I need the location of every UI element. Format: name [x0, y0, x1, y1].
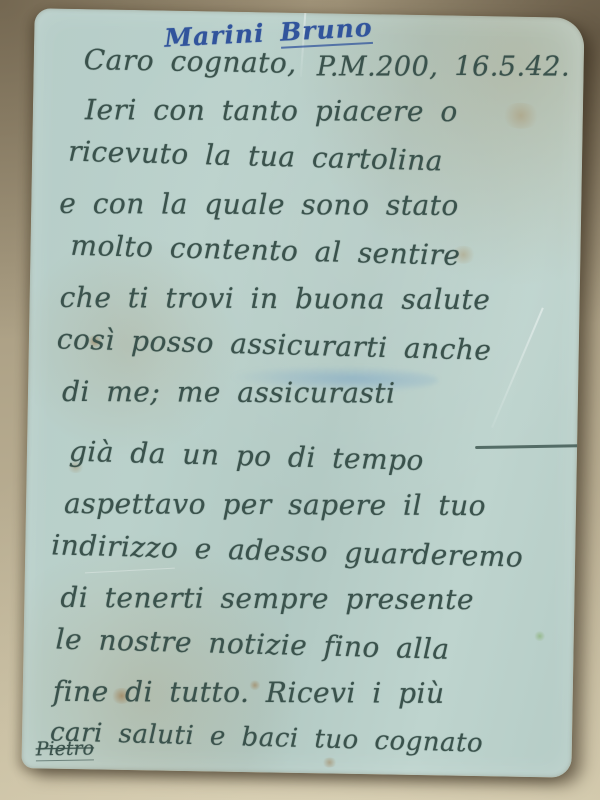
handwritten-line: ricevuto la tua cartolina: [68, 128, 583, 188]
signature: Pietro: [36, 737, 95, 761]
handwritten-line: Ieri con tanto piacere o: [85, 86, 583, 136]
handwritten-line: e con la quale sono stato: [59, 180, 581, 230]
handwritten-line: di tenerti sempre presente: [60, 574, 574, 624]
handwritten-line: fine di tutto. Ricevi i più: [53, 668, 573, 718]
handwritten-line: indirizzo e adesso guarderemo: [51, 521, 576, 582]
handwritten-line: aspettavo per sapere il tuo: [64, 480, 576, 530]
handwritten-line: che ti trovi in buona salute: [60, 274, 580, 324]
photo-background: Marini Bruno Caro cognato, P.M.200, 16.5…: [0, 0, 600, 800]
handwritten-line: molto contento al sentire: [70, 222, 581, 282]
salutation: Caro cognato,: [83, 43, 297, 80]
handwritten-line: di me; me assicurasti: [62, 368, 578, 418]
annotation-second-name: Bruno: [279, 13, 373, 49]
handwritten-line: già da un po di tempo: [68, 428, 577, 488]
postcard: Marini Bruno Caro cognato, P.M.200, 16.5…: [21, 8, 584, 777]
dateline: P.M.200, 16.5.42.: [316, 51, 569, 82]
handwritten-line: così posso assicurarti anche: [56, 315, 579, 376]
letter-body: Ieri con tanto piacere o ricevuto la tua…: [48, 83, 584, 768]
handwritten-line: cari saluti e baci tuo cognato: [49, 709, 572, 770]
handwritten-line: le nostre notizie fino alla: [55, 615, 574, 676]
letter-headline: Caro cognato, P.M.200, 16.5.42.: [83, 43, 570, 84]
